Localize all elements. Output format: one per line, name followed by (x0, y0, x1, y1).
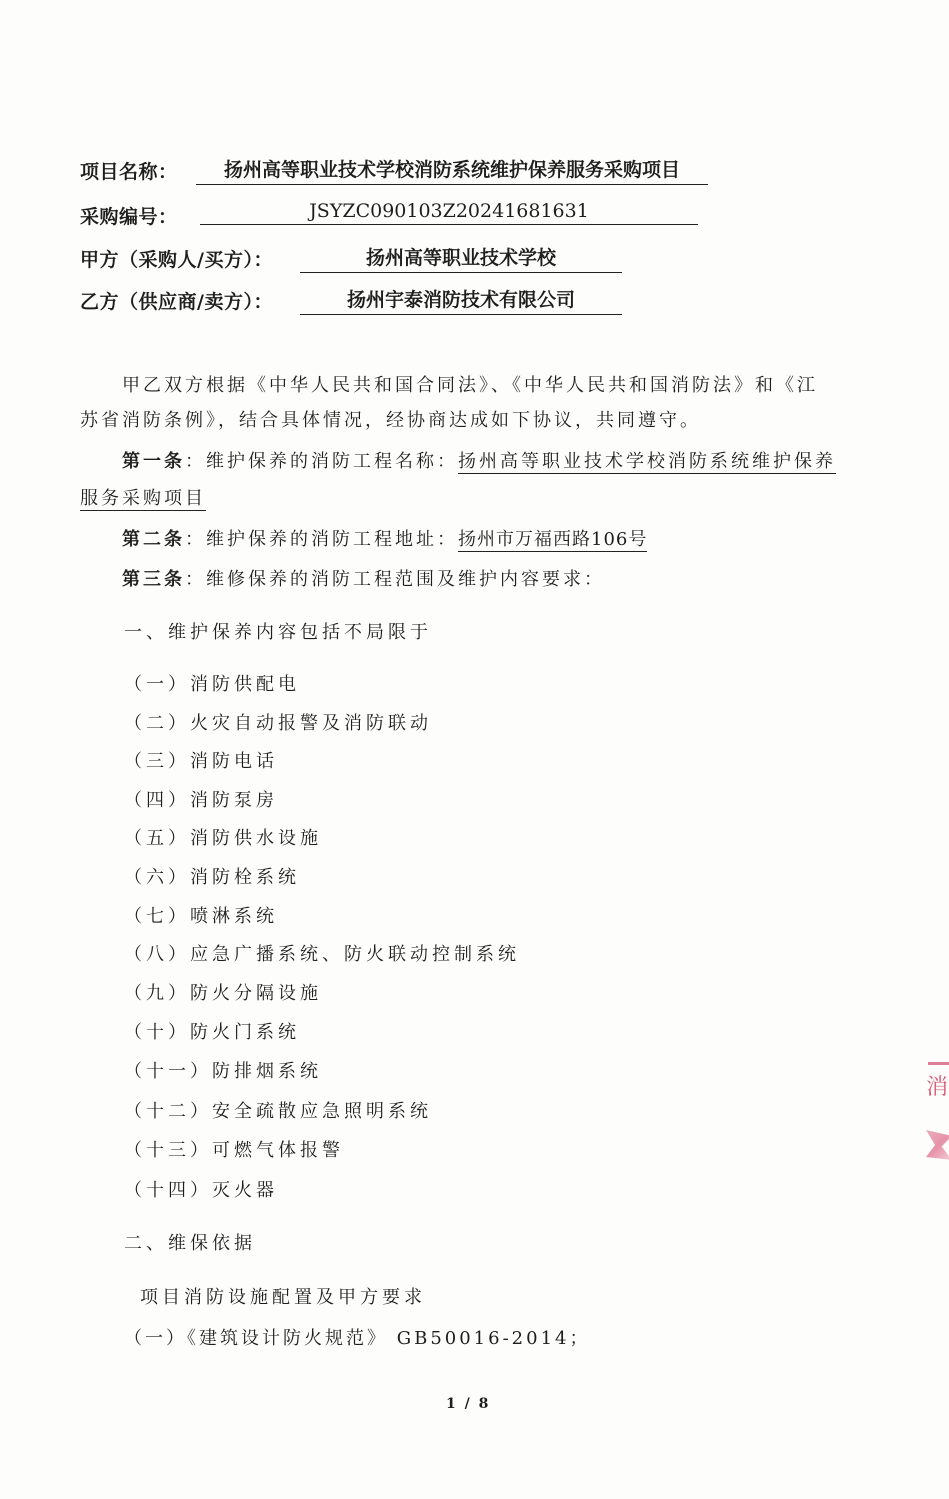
list-item: （十三）可燃气体报警 (124, 1136, 344, 1162)
list-item: （八）应急广播系统、防火联动控制系统 (124, 940, 520, 966)
section-2-subtitle: 项目消防设施配置及甲方要求 (140, 1283, 426, 1309)
list-item: （一）《建筑设计防火规范》 GB50016-2014； (124, 1324, 590, 1350)
article-1-value: 扬州高等职业技术学校消防系统维护保养 (458, 451, 836, 474)
seal-stamp: 消 (922, 1058, 949, 1248)
list-item: （五）消防供水设施 (124, 824, 322, 850)
list-item: （十四）灭火器 (124, 1176, 278, 1202)
list-item: （十）防火门系统 (124, 1018, 300, 1044)
article-1: 第一条：维护保养的消防工程名称：扬州高等职业技术学校消防系统维护保养 (122, 447, 836, 473)
list-item: （十二）安全疏散应急照明系统 (124, 1097, 432, 1123)
seal-mark (926, 1130, 949, 1160)
article-2-text: ：维护保养的消防工程地址： (185, 529, 458, 550)
list-item: （七）喷淋系统 (124, 902, 278, 928)
article-1-label: 第一条 (122, 451, 185, 472)
project-name-label: 项目名称： (80, 157, 178, 184)
article-2: 第二条：维护保养的消防工程地址：扬州市万福西路106号 (122, 525, 647, 551)
intro-line-2: 苏省消防条例》，结合具体情况，经协商达成如下协议，共同遵守。 (80, 406, 701, 432)
list-item: （六）消防栓系统 (124, 863, 300, 889)
party-b-label: 乙方（供应商/卖方）： (80, 287, 273, 314)
article-2-label: 第二条 (122, 529, 185, 550)
intro-line-1: 甲乙双方根据《中华人民共和国合同法》、《中华人民共和国消防法》和《江 (122, 371, 818, 397)
list-item: （一）消防供配电 (124, 670, 300, 696)
project-name-value: 扬州高等职业技术学校消防系统维护保养服务采购项目 (196, 155, 708, 185)
party-a-value: 扬州高等职业技术学校 (300, 243, 622, 273)
list-item: （四）消防泵房 (124, 786, 278, 812)
party-a-label: 甲方（采购人/买方）： (80, 245, 273, 272)
party-b-value: 扬州宇泰消防技术有限公司 (300, 285, 622, 315)
article-1-value-cont: 服务采购项目 (80, 488, 206, 511)
page-number: 1 / 8 (446, 1396, 490, 1412)
procurement-no-label: 采购编号： (80, 202, 178, 229)
list-item: （九）防火分隔设施 (124, 979, 322, 1005)
section-1-title: 一、维护保养内容包括不局限于 (124, 618, 432, 644)
article-3: 第三条：维修保养的消防工程范围及维护内容要求： (122, 565, 605, 591)
article-2-value: 扬州市万福西路106号 (458, 529, 647, 552)
list-item: （二）火灾自动报警及消防联动 (124, 709, 432, 735)
section-2-title: 二、维保依据 (124, 1229, 256, 1255)
procurement-no-value: JSYZC090103Z20241681631 (200, 200, 698, 225)
article-1-text: ：维护保养的消防工程名称： (185, 451, 458, 472)
seal-bar (928, 1062, 949, 1065)
article-3-label: 第三条 (122, 569, 185, 590)
list-item: （十一）防排烟系统 (124, 1057, 322, 1083)
article-3-text: ：维修保养的消防工程范围及维护内容要求： (185, 569, 605, 590)
seal-char: 消 (926, 1070, 948, 1101)
list-item: （三）消防电话 (124, 747, 278, 773)
